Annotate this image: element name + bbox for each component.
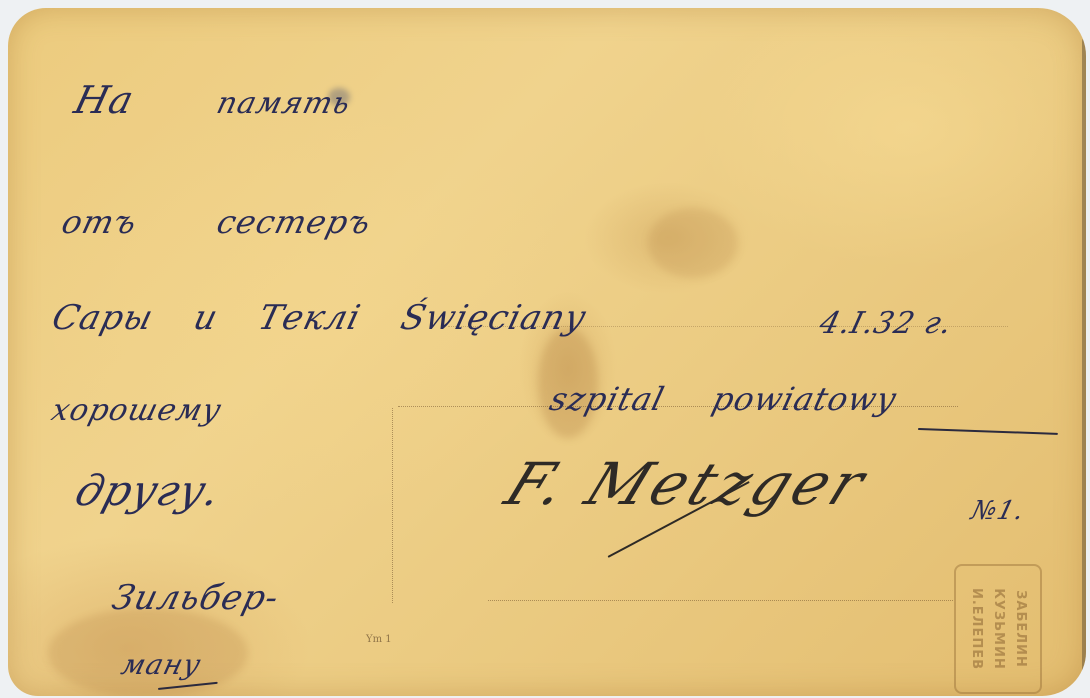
word-ot: отъ — [58, 203, 141, 241]
name-tekla: Теклі — [254, 298, 365, 338]
printed-mark: Ym 1 — [366, 634, 392, 645]
date-text: 4.I.32 г. — [816, 306, 956, 341]
dedication-line-5: другу. — [70, 466, 227, 515]
dedication-line-6: Зильбер- — [108, 578, 283, 618]
hospital-note: szpital powiatowy — [546, 380, 901, 418]
stamp-line: ЗАБЕЛИН — [1009, 569, 1031, 689]
dedication-line-2: отъ сестеръ — [58, 203, 375, 241]
word-szpital: szpital — [546, 380, 669, 418]
name-sara: Сары — [48, 298, 158, 338]
dedication-line-7: ману — [118, 648, 205, 681]
scanned-image: На память отъ сестеръ Сары и Теклі Święc… — [0, 0, 1090, 698]
word-pamyat: память — [213, 86, 354, 121]
printed-guide-line — [392, 408, 393, 603]
word-na: На — [70, 78, 139, 122]
stamp-text: ЗАБЕЛИН КУЗЬМИН И.ЕЛЕПЕВ — [965, 569, 1031, 689]
signature: F. Metzger — [496, 450, 878, 518]
dedication-line-3: Сары и Теклі Święciany — [48, 298, 620, 338]
hospital-underline — [918, 428, 1058, 435]
word-powiatowy: powiatowy — [708, 380, 901, 418]
stamp-line: И.ЕЛЕПЕВ — [965, 569, 987, 689]
dedication-line-1: На память — [70, 78, 357, 122]
dedication-line-4: хорошему — [48, 393, 225, 428]
place-swieciany: Święciany — [397, 298, 591, 338]
photographer-stamp: ЗАБЕЛИН КУЗЬМИН И.ЕЛЕПЕВ — [954, 564, 1042, 694]
postcard-back: На память отъ сестеръ Сары и Теклі Święc… — [8, 8, 1086, 696]
word-sester: сестеръ — [213, 203, 375, 241]
printed-guide-line — [488, 600, 953, 601]
word-i: и — [190, 298, 223, 338]
stamp-line: КУЗЬМИН — [987, 569, 1009, 689]
signature-suffix: №1. — [968, 496, 1028, 526]
water-stain — [648, 208, 738, 278]
